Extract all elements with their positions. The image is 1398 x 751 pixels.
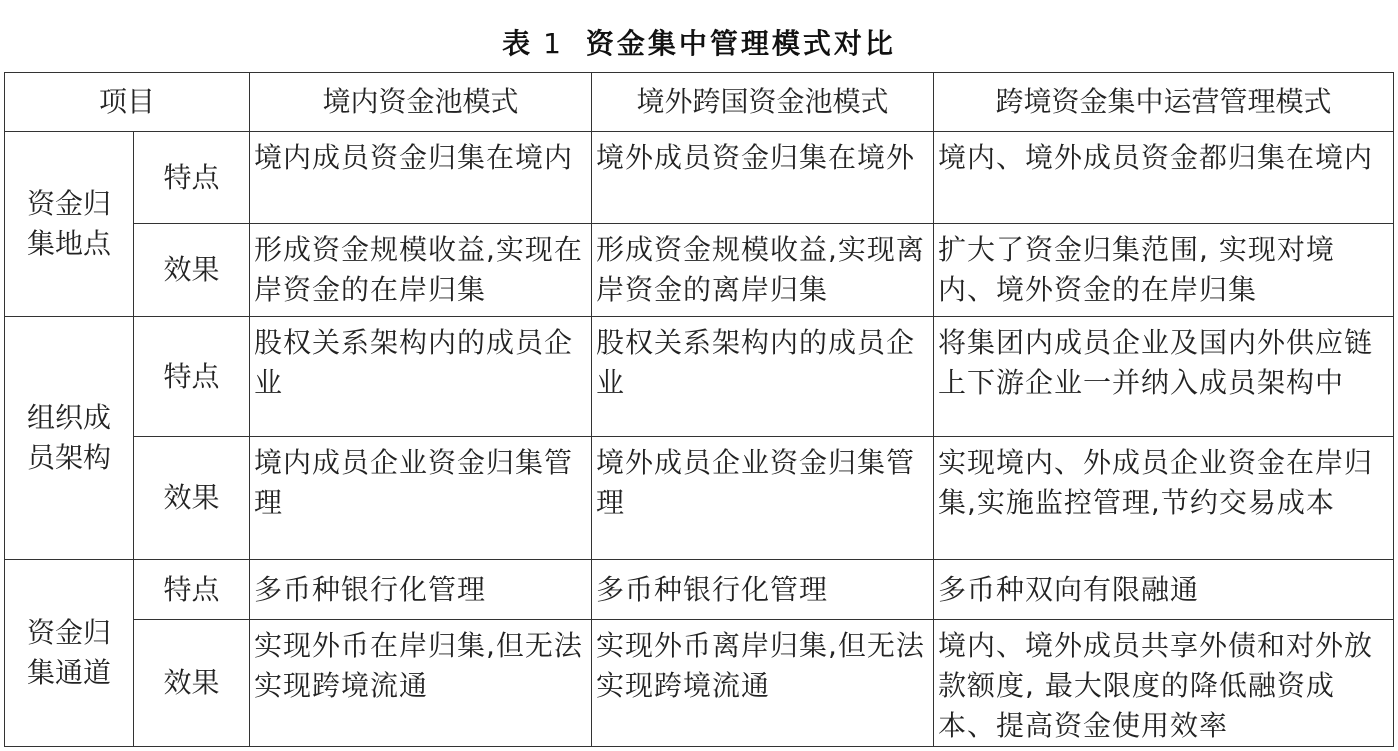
- table-row: 效果 形成资金规模收益,实现在岸资金的在岸归集 形成资金规模收益,实现离岸资金的…: [5, 224, 1394, 317]
- table-cell: 股权关系架构内的成员企业: [250, 317, 592, 437]
- header-overseas-pool: 境外跨国资金池模式: [592, 73, 934, 132]
- table-row: 组织成员架构 特点 股权关系架构内的成员企业 股权关系架构内的成员企业 将集团内…: [5, 317, 1394, 437]
- sub-label: 效果: [134, 437, 250, 560]
- table-cell: 扩大了资金归集范围, 实现对境内、境外资金的在岸归集: [934, 224, 1394, 317]
- sub-label: 效果: [134, 224, 250, 317]
- caption-number: 1: [543, 27, 564, 60]
- table-cell: 多币种银行化管理: [592, 560, 934, 620]
- table-cell: 境外成员资金归集在境外: [592, 132, 934, 224]
- header-cross-border: 跨境资金集中运营管理模式: [934, 73, 1394, 132]
- table-cell: 形成资金规模收益,实现在岸资金的在岸归集: [250, 224, 592, 317]
- group-label: 资金归集通道: [5, 560, 134, 747]
- table-caption: 表1资金集中管理模式对比: [0, 22, 1398, 62]
- caption-label: 表: [502, 27, 533, 60]
- comparison-table: 项目 境内资金池模式 境外跨国资金池模式 跨境资金集中运营管理模式 资金归集地点…: [4, 72, 1394, 747]
- table-cell: 境内、境外成员资金都归集在境内: [934, 132, 1394, 224]
- table-cell: 将集团内成员企业及国内外供应链上下游企业一并纳入成员架构中: [934, 317, 1394, 437]
- table-cell: 境内、境外成员共享外债和对外放款额度, 最大限度的降低融资成本、提高资金使用效率: [934, 620, 1394, 747]
- table-cell: 境外成员企业资金归集管理: [592, 437, 934, 560]
- group-label: 组织成员架构: [5, 317, 134, 560]
- table-cell: 境内成员资金归集在境内: [250, 132, 592, 224]
- table-row: 效果 实现外币在岸归集,但无法实现跨境流通 实现外币离岸归集,但无法实现跨境流通…: [5, 620, 1394, 747]
- sub-label: 效果: [134, 620, 250, 747]
- table-row: 资金归集地点 特点 境内成员资金归集在境内 境外成员资金归集在境外 境内、境外成…: [5, 132, 1394, 224]
- table-cell: 多币种银行化管理: [250, 560, 592, 620]
- table-row: 效果 境内成员企业资金归集管理 境外成员企业资金归集管理 实现境内、外成员企业资…: [5, 437, 1394, 560]
- header-item: 项目: [5, 73, 250, 132]
- caption-text: 资金集中管理模式对比: [586, 27, 896, 60]
- table-cell: 多币种双向有限融通: [934, 560, 1394, 620]
- table-cell: 实现外币在岸归集,但无法实现跨境流通: [250, 620, 592, 747]
- group-label: 资金归集地点: [5, 132, 134, 317]
- sub-label: 特点: [134, 317, 250, 437]
- table-cell: 形成资金规模收益,实现离岸资金的离岸归集: [592, 224, 934, 317]
- table-cell: 实现外币离岸归集,但无法实现跨境流通: [592, 620, 934, 747]
- table-cell: 股权关系架构内的成员企业: [592, 317, 934, 437]
- table-row: 资金归集通道 特点 多币种银行化管理 多币种银行化管理 多币种双向有限融通: [5, 560, 1394, 620]
- table-cell: 实现境内、外成员企业资金在岸归集,实施监控管理,节约交易成本: [934, 437, 1394, 560]
- sub-label: 特点: [134, 132, 250, 224]
- sub-label: 特点: [134, 560, 250, 620]
- table-cell: 境内成员企业资金归集管理: [250, 437, 592, 560]
- header-row: 项目 境内资金池模式 境外跨国资金池模式 跨境资金集中运营管理模式: [5, 73, 1394, 132]
- header-domestic-pool: 境内资金池模式: [250, 73, 592, 132]
